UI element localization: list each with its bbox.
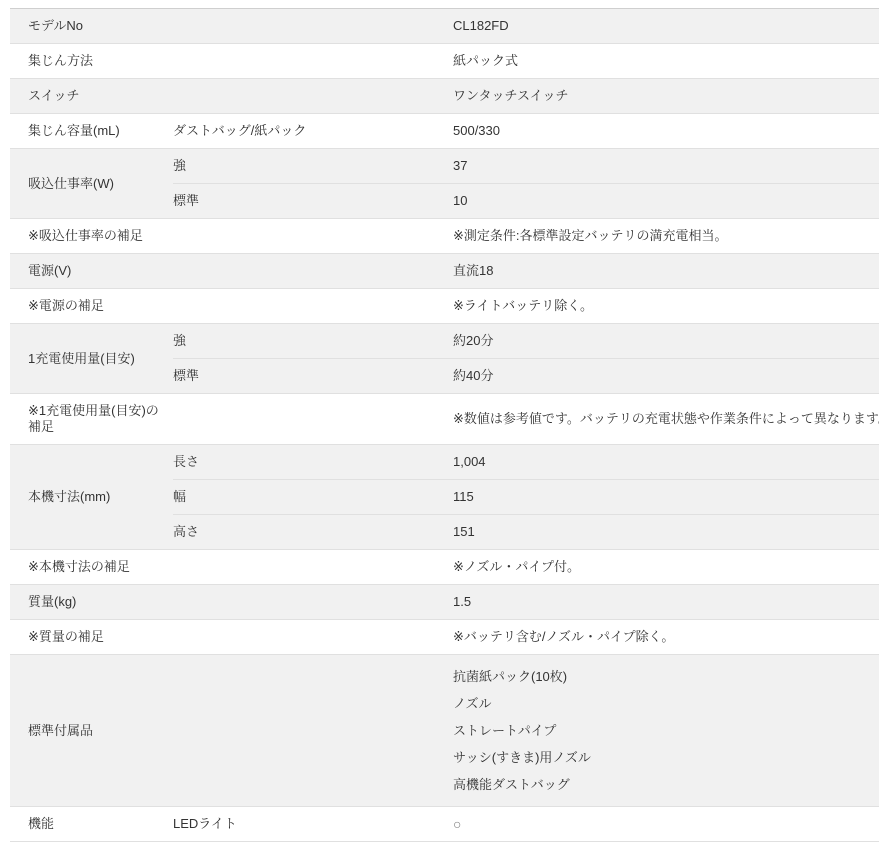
spec-sub-label: 高さ [173,515,453,549]
spec-sub-label [173,17,453,35]
spec-label: 吸込仕事率(W) [10,167,173,201]
spec-sub-label: 標準 [173,184,453,218]
spec-sub-label: 幅 [173,480,453,514]
accessory-item: 高機能ダストバッグ [453,771,871,798]
spec-sub-label: 強 [173,324,453,358]
spec-sub-rows: 強 37 標準 10 [173,149,879,218]
spec-value: ワンタッチスイッチ [453,79,879,113]
spec-sub-row: 強 37 [173,149,879,183]
spec-value: 1.5 [453,585,879,619]
spec-label: ※質量の補足 [10,620,173,654]
spec-table: モデルNo CL182FD 集じん方法 紙パック式 スイッチ ワンタッチスイッチ… [10,8,879,842]
spec-row-dimensions: 本機寸法(mm) 長さ 1,004 幅 115 高さ 151 [10,445,879,550]
spec-row-dust-method: 集じん方法 紙パック式 [10,44,879,79]
spec-value: ※数値は参考値です。バッテリの充電状態や作業条件によって異なります。 [453,402,879,436]
circle-mark: ○ [453,807,879,841]
spec-row-runtime: 1充電使用量(目安) 強 約20分 標準 約40分 [10,324,879,394]
spec-row-weight: 質量(kg) 1.5 [10,585,879,620]
spec-label: 1充電使用量(目安) [10,342,173,376]
spec-sub-label [173,87,453,105]
spec-sub-label [173,558,453,576]
spec-value: 1,004 [453,445,879,479]
spec-sub-label [173,262,453,280]
spec-sub-row: 標準 約40分 [173,358,879,393]
spec-sub-rows: 強 約20分 標準 約40分 [173,324,879,393]
spec-sub-row: 高さ 151 [173,514,879,549]
spec-sub-rows: 長さ 1,004 幅 115 高さ 151 [173,445,879,549]
spec-value: CL182FD [453,9,879,43]
spec-row-suction-power: 吸込仕事率(W) 強 37 標準 10 [10,149,879,219]
spec-value: ※ノズル・パイプ付。 [453,550,879,584]
spec-sub-row: 標準 10 [173,183,879,218]
spec-value: 約20分 [453,324,879,358]
spec-label: 質量(kg) [10,585,173,619]
spec-label: ※電源の補足 [10,289,173,323]
spec-value: 10 [453,184,879,218]
spec-sub-label [173,722,453,740]
spec-label: 集じん容量(mL) [10,114,173,148]
spec-label: スイッチ [10,79,173,113]
spec-row-switch: スイッチ ワンタッチスイッチ [10,79,879,114]
spec-label: 本機寸法(mm) [10,480,173,514]
spec-value: 約40分 [453,359,879,393]
spec-value: 115 [453,480,879,514]
spec-row-dimensions-note: ※本機寸法の補足 ※ノズル・パイプ付。 [10,550,879,585]
spec-sub-label: 強 [173,149,453,183]
spec-row-power: 電源(V) 直流18 [10,254,879,289]
spec-value: 37 [453,149,879,183]
accessory-item: ノズル [453,690,871,717]
spec-sub-row: 幅 115 [173,479,879,514]
spec-sub-label: 標準 [173,359,453,393]
spec-label: 標準付属品 [10,714,173,748]
spec-value: 151 [453,515,879,549]
spec-value: ※バッテリ含む/ノズル・パイプ除く。 [453,620,879,654]
spec-label: 電源(V) [10,254,173,288]
spec-sub-label: ダストバッグ/紙パック [173,114,453,148]
spec-value: ※ライトバッテリ除く。 [453,289,879,323]
spec-label: モデルNo [10,9,173,43]
spec-sub-label [173,628,453,646]
spec-sub-label: LEDライト [173,807,453,841]
spec-row-weight-note: ※質量の補足 ※バッテリ含む/ノズル・パイプ除く。 [10,620,879,655]
spec-sub-label: 長さ [173,445,453,479]
spec-value: ※測定条件:各標準設定バッテリの満充電相当。 [453,219,879,253]
spec-row-features: 機能 LEDライト ○ [10,807,879,842]
spec-sub-label [173,52,453,70]
spec-sub-label [173,410,453,428]
accessory-item: 抗菌紙パック(10枚) [453,663,871,690]
spec-sub-label [173,227,453,245]
spec-row-suction-note: ※吸込仕事率の補足 ※測定条件:各標準設定バッテリの満充電相当。 [10,219,879,254]
spec-label: 機能 [10,807,173,841]
spec-row-capacity: 集じん容量(mL) ダストバッグ/紙パック 500/330 [10,114,879,149]
spec-row-power-note: ※電源の補足 ※ライトバッテリ除く。 [10,289,879,324]
spec-label: ※本機寸法の補足 [10,550,173,584]
spec-row-accessories: 標準付属品 抗菌紙パック(10枚) ノズル ストレートパイプ サッシ(すきま)用… [10,655,879,807]
accessory-item: サッシ(すきま)用ノズル [453,744,871,771]
spec-label: ※吸込仕事率の補足 [10,219,173,253]
accessory-item: ストレートパイプ [453,717,871,744]
spec-value: 紙パック式 [453,44,879,78]
spec-sub-label [173,593,453,611]
spec-sub-label [173,297,453,315]
spec-label: 集じん方法 [10,44,173,78]
spec-value: 直流18 [453,254,879,288]
spec-value: 500/330 [453,114,879,148]
spec-sub-row: 強 約20分 [173,324,879,358]
spec-row-runtime-note: ※1充電使用量(目安)の補足 ※数値は参考値です。バッテリの充電状態や作業条件に… [10,394,879,445]
spec-value-list: 抗菌紙パック(10枚) ノズル ストレートパイプ サッシ(すきま)用ノズル 高機… [453,655,879,806]
spec-row-model: モデルNo CL182FD [10,9,879,44]
spec-label: ※1充電使用量(目安)の補足 [10,394,173,444]
spec-sub-row: 長さ 1,004 [173,445,879,479]
